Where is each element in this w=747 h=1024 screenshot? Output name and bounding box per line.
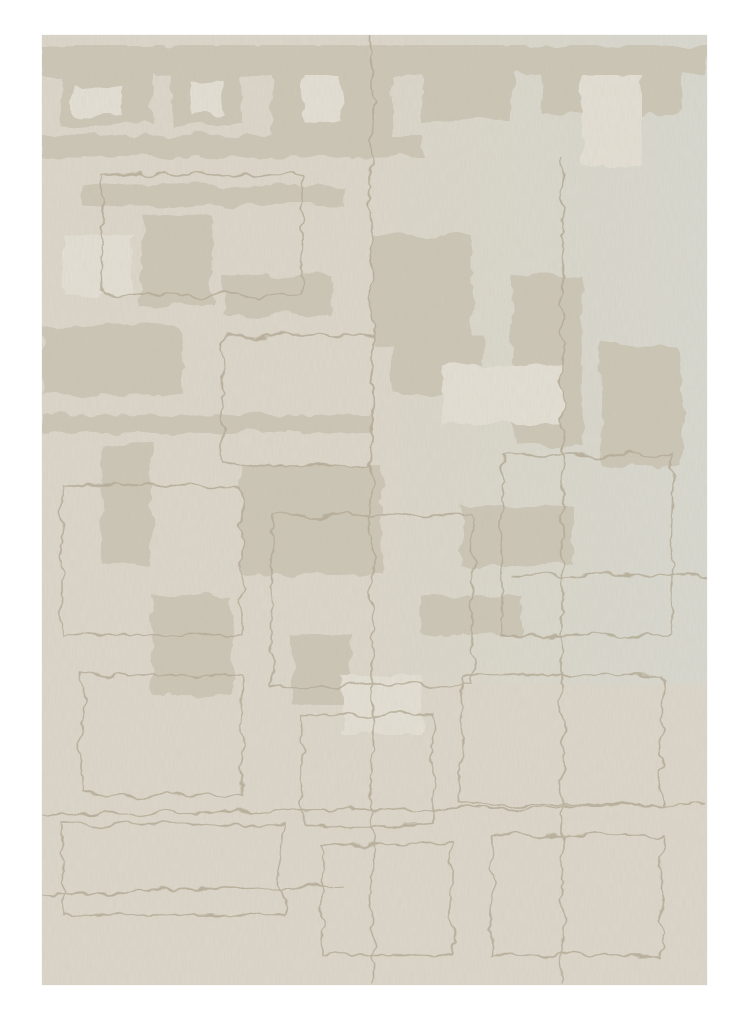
rug — [42, 35, 707, 985]
rug-pattern — [42, 35, 707, 985]
